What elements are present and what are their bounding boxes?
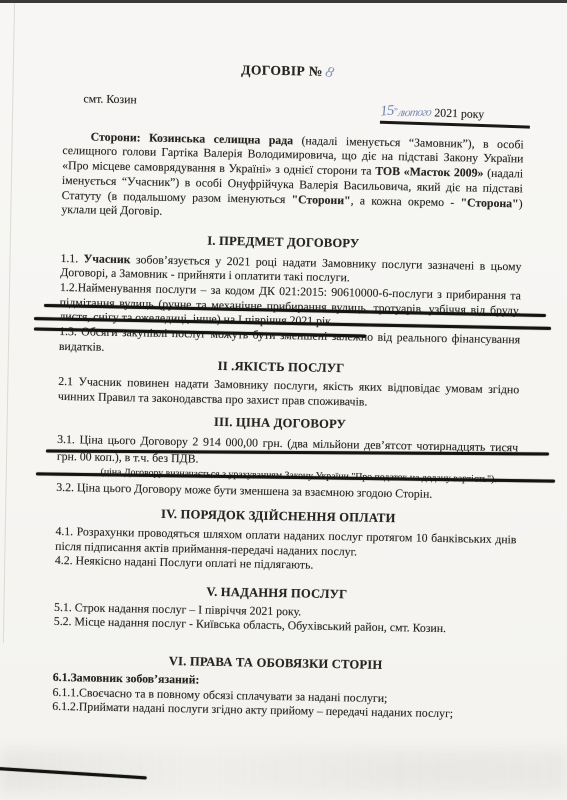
clause-1-1-number: 1.1. — [60, 251, 83, 265]
parties-text-3: , а кожна окремо - — [351, 193, 461, 209]
printed-date-year: 2021 року — [434, 105, 484, 121]
clause-2-1: 2.1 Учасник повинен надати Замовнику пос… — [58, 374, 519, 412]
date-line: 15”лютого2021 року — [380, 103, 531, 128]
handwritten-date-month: лютого — [397, 105, 432, 120]
contract-title-label: ДОГОВІР № — [241, 62, 323, 78]
section-1-heading: I. ПРЕДМЕТ ДОГОВОРУ — [61, 231, 506, 254]
parties-paragraph: Сторони: Козинська селищна рада (надалі … — [61, 129, 524, 226]
clause-1-1-bold: Учасник — [84, 251, 131, 266]
handwritten-date-day: 15 — [380, 103, 395, 119]
location-text: смт. Козин — [83, 91, 137, 107]
location-date-row: смт. Козин 15”лютого2021 року — [63, 89, 525, 137]
parties-term: "Сторони" — [291, 192, 350, 207]
contract-title: ДОГОВІР №8 — [64, 60, 511, 83]
contractor-name: ТОВ «Масток 2009» — [375, 164, 483, 180]
scan-smudge — [0, 750, 567, 792]
handwritten-contract-number: 8 — [323, 65, 335, 81]
party-term: "Сторона" — [460, 195, 518, 210]
document-page: ДОГОВІР №8 смт. Козин 15”лютого2021 року… — [0, 0, 567, 800]
section-3-heading: III. ЦІНА ДОГОВОРУ — [57, 412, 502, 435]
contract-body: ДОГОВІР №8 смт. Козин 15”лютого2021 року… — [0, 0, 567, 723]
